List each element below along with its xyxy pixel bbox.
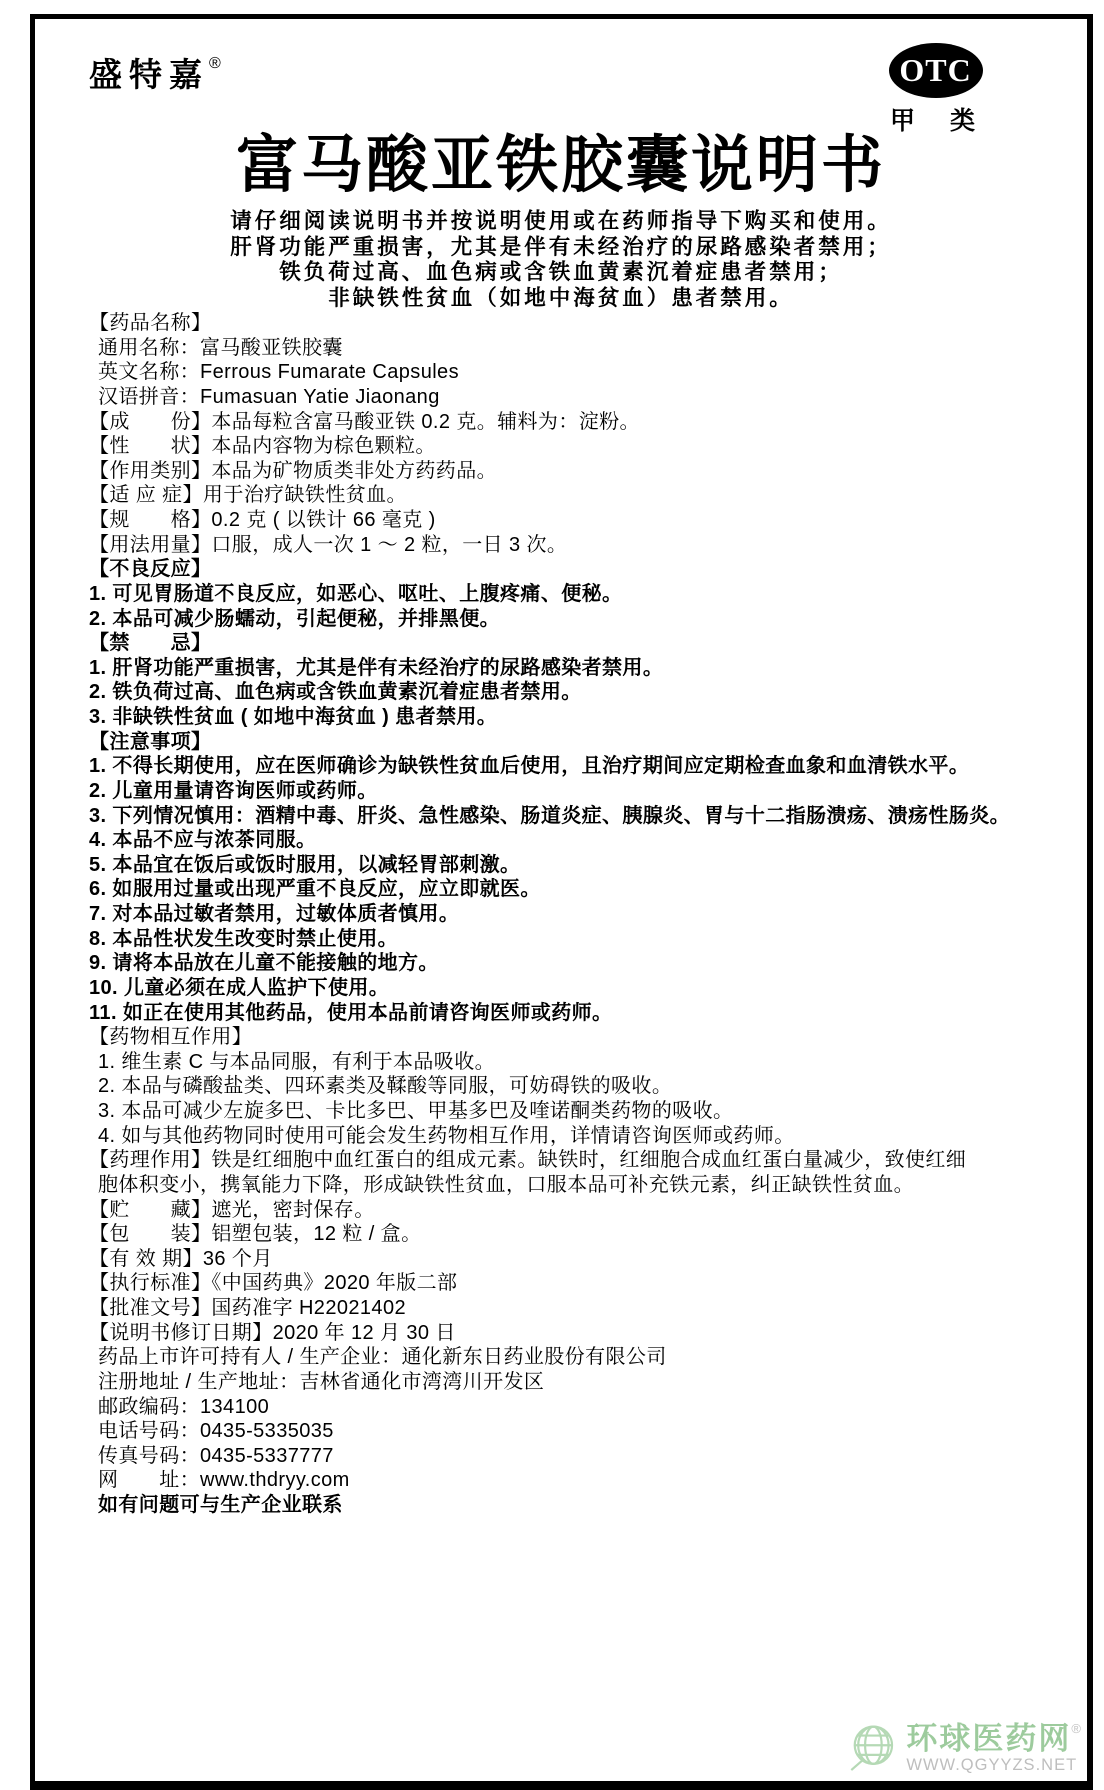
registered-trademark-icon: ® (1071, 1721, 1081, 1736)
body-line: 6. 如服用过量或出现严重不良反应，应立即就医。 (89, 877, 1073, 902)
body-line: 【贮 藏】遮光，密封保存。 (89, 1198, 1073, 1223)
body-line: 2. 本品与磷酸盐类、四环素类及鞣酸等同服，可妨碍铁的吸收。 (89, 1074, 1073, 1099)
body-line: 【执行标准】《中国药典》2020 年版二部 (89, 1271, 1073, 1296)
body-line: 2. 本品可减少肠蠕动，引起便秘，并排黑便。 (89, 607, 1073, 632)
body-line: 8. 本品性状发生改变时禁止使用。 (89, 927, 1073, 952)
body-line: 通用名称：富马酸亚铁胶囊 (89, 336, 1073, 361)
body-line: 4. 如与其他药物同时使用可能会发生药物相互作用，详情请咨询医师或药师。 (89, 1124, 1073, 1149)
body-line: 1. 不得长期使用，应在医师确诊为缺铁性贫血后使用，且治疗期间应定期检查血象和血… (89, 754, 1073, 779)
body-line: 2. 铁负荷过高、血色病或含铁血黄素沉着症患者禁用。 (89, 680, 1073, 705)
body-line: 邮政编码：134100 (89, 1395, 1073, 1420)
body-line: 1. 可见胃肠道不良反应，如恶心、呕吐、上腹疼痛、便秘。 (89, 582, 1073, 607)
body-line: 【禁 忌】 (89, 631, 1073, 656)
body-line: 【批准文号】国药准字 H22021402 (89, 1296, 1073, 1321)
body-line: 【成 份】本品每粒含富马酸亚铁 0.2 克。辅料为：淀粉。 (89, 410, 1073, 435)
body-line: 英文名称：Ferrous Fumarate Capsules (89, 360, 1073, 385)
border-frame: 盛特嘉® OTC 甲 类 富马酸亚铁胶囊说明书 请仔细阅读说明书并按说明使用或在… (30, 14, 1093, 1790)
warning-block: 请仔细阅读说明书并按说明使用或在药师指导下购买和使用。 肝肾功能严重损害，尤其是… (35, 209, 1087, 311)
body-line: 11. 如正在使用其他药品，使用本品前请咨询医师或药师。 (89, 1001, 1073, 1026)
otc-oval-icon: OTC (889, 43, 983, 98)
warning-line: 肝肾功能严重损害，尤其是伴有未经治疗的尿路感染者禁用； (35, 235, 1087, 261)
body-line: 药品上市许可持有人 / 生产企业：通化新东日药业股份有限公司 (89, 1345, 1073, 1370)
brand-name: 盛特嘉 (89, 56, 209, 93)
body-line: 【性 状】本品内容物为棕色颗粒。 (89, 434, 1073, 459)
warning-line: 铁负荷过高、血色病或含铁血黄素沉着症患者禁用； (35, 260, 1087, 286)
body-line: 3. 下列情况慎用：酒精中毒、肝炎、急性感染、肠道炎症、胰腺炎、胃与十二指肠溃疡… (89, 804, 1073, 829)
body-line: 3. 非缺铁性贫血 ( 如地中海贫血 ) 患者禁用。 (89, 705, 1073, 730)
body-line: 如有问题可与生产企业联系 (89, 1493, 1073, 1518)
body-line: 网 址：www.thdryy.com (89, 1468, 1073, 1493)
warning-line: 非缺铁性贫血（如地中海贫血）患者禁用。 (35, 286, 1087, 312)
body-line: 1. 肝肾功能严重损害，尤其是伴有未经治疗的尿路感染者禁用。 (89, 656, 1073, 681)
body-line: 电话号码：0435-5335035 (89, 1419, 1073, 1444)
watermark: 环球医药网® WWW.QGYYZS.NET (844, 1719, 1081, 1777)
body-line: 【说明书修订日期】2020 年 12 月 30 日 (89, 1321, 1073, 1346)
body-line: 【规 格】0.2 克 ( 以铁计 66 毫克 ) (89, 508, 1073, 533)
body-line: 【药品名称】 (89, 311, 1073, 336)
body-line: 2. 儿童用量请咨询医师或药师。 (89, 779, 1073, 804)
otc-label: OTC (899, 52, 971, 89)
body-line: 3. 本品可减少左旋多巴、卡比多巴、甲基多巴及喹诺酮类药物的吸收。 (89, 1099, 1073, 1124)
body-line: 【包 装】铝塑包装，12 粒 / 盒。 (89, 1222, 1073, 1247)
page-title: 富马酸亚铁胶囊说明书 (35, 115, 1087, 204)
warning-line: 请仔细阅读说明书并按说明使用或在药师指导下购买和使用。 (35, 209, 1087, 235)
body-line: 汉语拼音：Fumasuan Yatie Jiaonang (89, 385, 1073, 410)
watermark-site-url: WWW.QGYYZS.NET (906, 1757, 1081, 1774)
registered-trademark-icon: ® (209, 55, 221, 72)
watermark-site-name: 环球医药网® (906, 1722, 1081, 1754)
instruction-sheet: 盛特嘉® OTC 甲 类 富马酸亚铁胶囊说明书 请仔细阅读说明书并按说明使用或在… (0, 0, 1104, 1790)
brand-logo: 盛特嘉® (89, 49, 221, 96)
body-line: 1. 维生素 C 与本品同服，有利于本品吸收。 (89, 1050, 1073, 1075)
body-line: 【作用类别】本品为矿物质类非处方药药品。 (89, 459, 1073, 484)
body-line: 7. 对本品过敏者禁用，过敏体质者慎用。 (89, 902, 1073, 927)
body-line: 【药理作用】铁是红细胞中血红蛋白的组成元素。缺铁时，红细胞合成血红蛋白量减少，致… (89, 1148, 1073, 1173)
body-line: 胞体积变小，携氧能力下降，形成缺铁性贫血，口服本品可补充铁元素，纠正缺铁性贫血。 (89, 1173, 1073, 1198)
body-line: 注册地址 / 生产地址：吉林省通化市湾湾川开发区 (89, 1370, 1073, 1395)
body-line: 传真号码：0435-5337777 (89, 1444, 1073, 1469)
body-line: 9. 请将本品放在儿童不能接触的地方。 (89, 951, 1073, 976)
body-line: 4. 本品不应与浓茶同服。 (89, 828, 1073, 853)
body-line: 10. 儿童必须在成人监护下使用。 (89, 976, 1073, 1001)
body-line: 【适 应 症】用于治疗缺铁性贫血。 (89, 483, 1073, 508)
globe-icon (844, 1719, 900, 1777)
body-line: 【注意事项】 (89, 730, 1073, 755)
body-line: 【用法用量】口服，成人一次 1 ～ 2 粒，一日 3 次。 (89, 533, 1073, 558)
watermark-text: 环球医药网® WWW.QGYYZS.NET (906, 1722, 1081, 1774)
body-line: 5. 本品宜在饭后或饭时服用，以减轻胃部刺激。 (89, 853, 1073, 878)
body-lines: 【药品名称】通用名称：富马酸亚铁胶囊英文名称：Ferrous Fumarate … (89, 311, 1073, 1518)
body-line: 【有 效 期】36 个月 (89, 1247, 1073, 1272)
body-line: 【不良反应】 (89, 557, 1073, 582)
body-line: 【药物相互作用】 (89, 1025, 1073, 1050)
